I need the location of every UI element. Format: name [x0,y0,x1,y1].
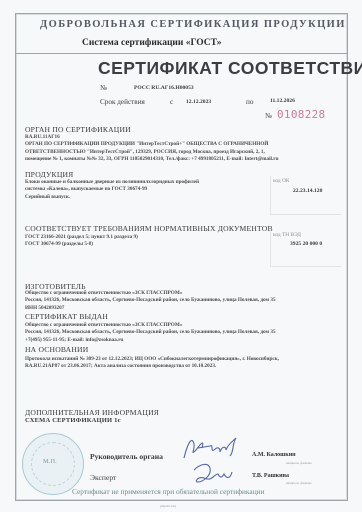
serial-number: 0108228 [277,108,325,121]
certification-system-name: Система сертификации «ГОСТ» [82,38,222,48]
head-name-caption: инициалы, фамилия [286,461,312,465]
ok-code-label: код ОК [273,178,289,184]
validity-to-date: 11.12.2026 [270,98,295,104]
stamp-place-label: М.П. [43,458,57,465]
seal-stamp-icon: М.П. [22,433,84,495]
compliance-documents: ГОСТ 23166-2021 (раздел 5; пункт 9.1 раз… [25,234,138,249]
validity-to-label: по [246,98,253,106]
printer-imprint: [imprint text] [160,504,176,508]
expert-name-caption: инициалы, фамилия [286,481,312,485]
manufacturer-line: ИНН 5042093207 [25,305,276,312]
issued-to-details: Общество с ограниченной ответственностью… [25,322,276,344]
ok-code-value: 22.23.14.120 [293,188,322,194]
head-of-body-role: Руководитель органа [90,452,163,461]
certificate-title: СЕРТИФИКАТ СООТВЕТСТВИЯ [98,58,362,79]
authority-heading: ОРГАН ПО СЕРТИФИКАЦИИ [25,125,131,134]
serial-number-label: № [265,112,272,120]
authority-line: ОТВЕТСТВЕННОСТЬЮ "ИнтерТестСтрой", 12932… [25,149,278,156]
cert-number-label: № [100,84,107,92]
expert-role: Эксперт [90,473,116,482]
basis-heading: НА ОСНОВАНИИ [25,345,88,354]
validity-label: Срок действия [100,98,145,106]
basis-line: Протокола испытаний № 309-23 от 12.12.20… [25,356,279,363]
expert-name: Т.В. Рашкина [252,473,289,479]
product-heading: ПРОДУКЦИЯ [25,170,73,179]
basis-details: Протокола испытаний № 309-23 от 12.12.20… [25,356,279,371]
issued-to-line: +7(495) 955-11-95; E-mail: info@zsoknaa.… [25,337,276,344]
product-description: Блоки оконные и балконные дверные из пол… [25,179,199,201]
header-divider [15,53,347,54]
ok-code-box: код ОК 22.23.14.120 [270,176,341,215]
expert-signature-icon [190,460,236,488]
basis-line: RA.RU.21АР87 от 23.06.2017; Акта анализа… [25,363,279,370]
manufacturer-details: Общество с ограниченной ответственностью… [25,290,276,312]
tnved-code-label: код ТН ВЭД [273,232,301,238]
tnved-code-value: 3925 20 000 0 [290,241,322,247]
certification-scheme: СХЕМА СЕРТИФИКАЦИИ 1с [25,417,121,424]
authority-line: ОРГАН ПО СЕРТИФИКАЦИИ ПРОДУКЦИИ "ИнтерТе… [25,141,278,148]
cert-number: РОСС RU.АГ16.Н00053 [134,85,194,91]
issued-to-line: Россия, 141326, Московская область, Серг… [25,329,276,336]
product-line: Блоки оконные и балконные дверные из пол… [25,179,199,186]
validity-from-label: с [170,98,173,106]
authority-details: RA.RU.11АГ16 ОРГАН ПО СЕРТИФИКАЦИИ ПРОДУ… [25,134,278,163]
compliance-line: ГОСТ 30674-99 (разделы 5-8) [25,241,138,248]
issued-to-heading: СЕРТИФИКАТ ВЫДАН [25,312,108,321]
authority-line: помещение № 1, комнаты №№ 32, 33, ОГРН 1… [25,156,278,163]
tnved-code-box: код ТН ВЭД 3925 20 000 0 [270,230,341,267]
additional-info-heading: ДОПОЛНИТЕЛЬНАЯ ИНФОРМАЦИЯ [25,408,159,417]
compliance-heading: СООТВЕТСТВУЕТ ТРЕБОВАНИЯМ НОРМАТИВНЫХ ДО… [25,224,273,233]
product-line: Серийный выпуск. [25,194,199,201]
product-line: системы «Калева», выпускаемые по ГОСТ 30… [25,186,199,193]
certificate-page: ДОБРОВОЛЬНАЯ СЕРТИФИКАЦИЯ ПРОДУКЦИИ Сист… [0,0,362,512]
manufacturer-line: Россия, 141326, Московская область, Серг… [25,297,276,304]
head-of-body-name: А.М. Калошкин [252,452,296,458]
voluntary-only-note: Сертификат не применяется при обязательн… [72,487,265,496]
validity-from-date: 12.12.2023 [186,99,211,105]
voluntary-certification-heading: ДОБРОВОЛЬНАЯ СЕРТИФИКАЦИЯ ПРОДУКЦИИ [40,19,346,30]
